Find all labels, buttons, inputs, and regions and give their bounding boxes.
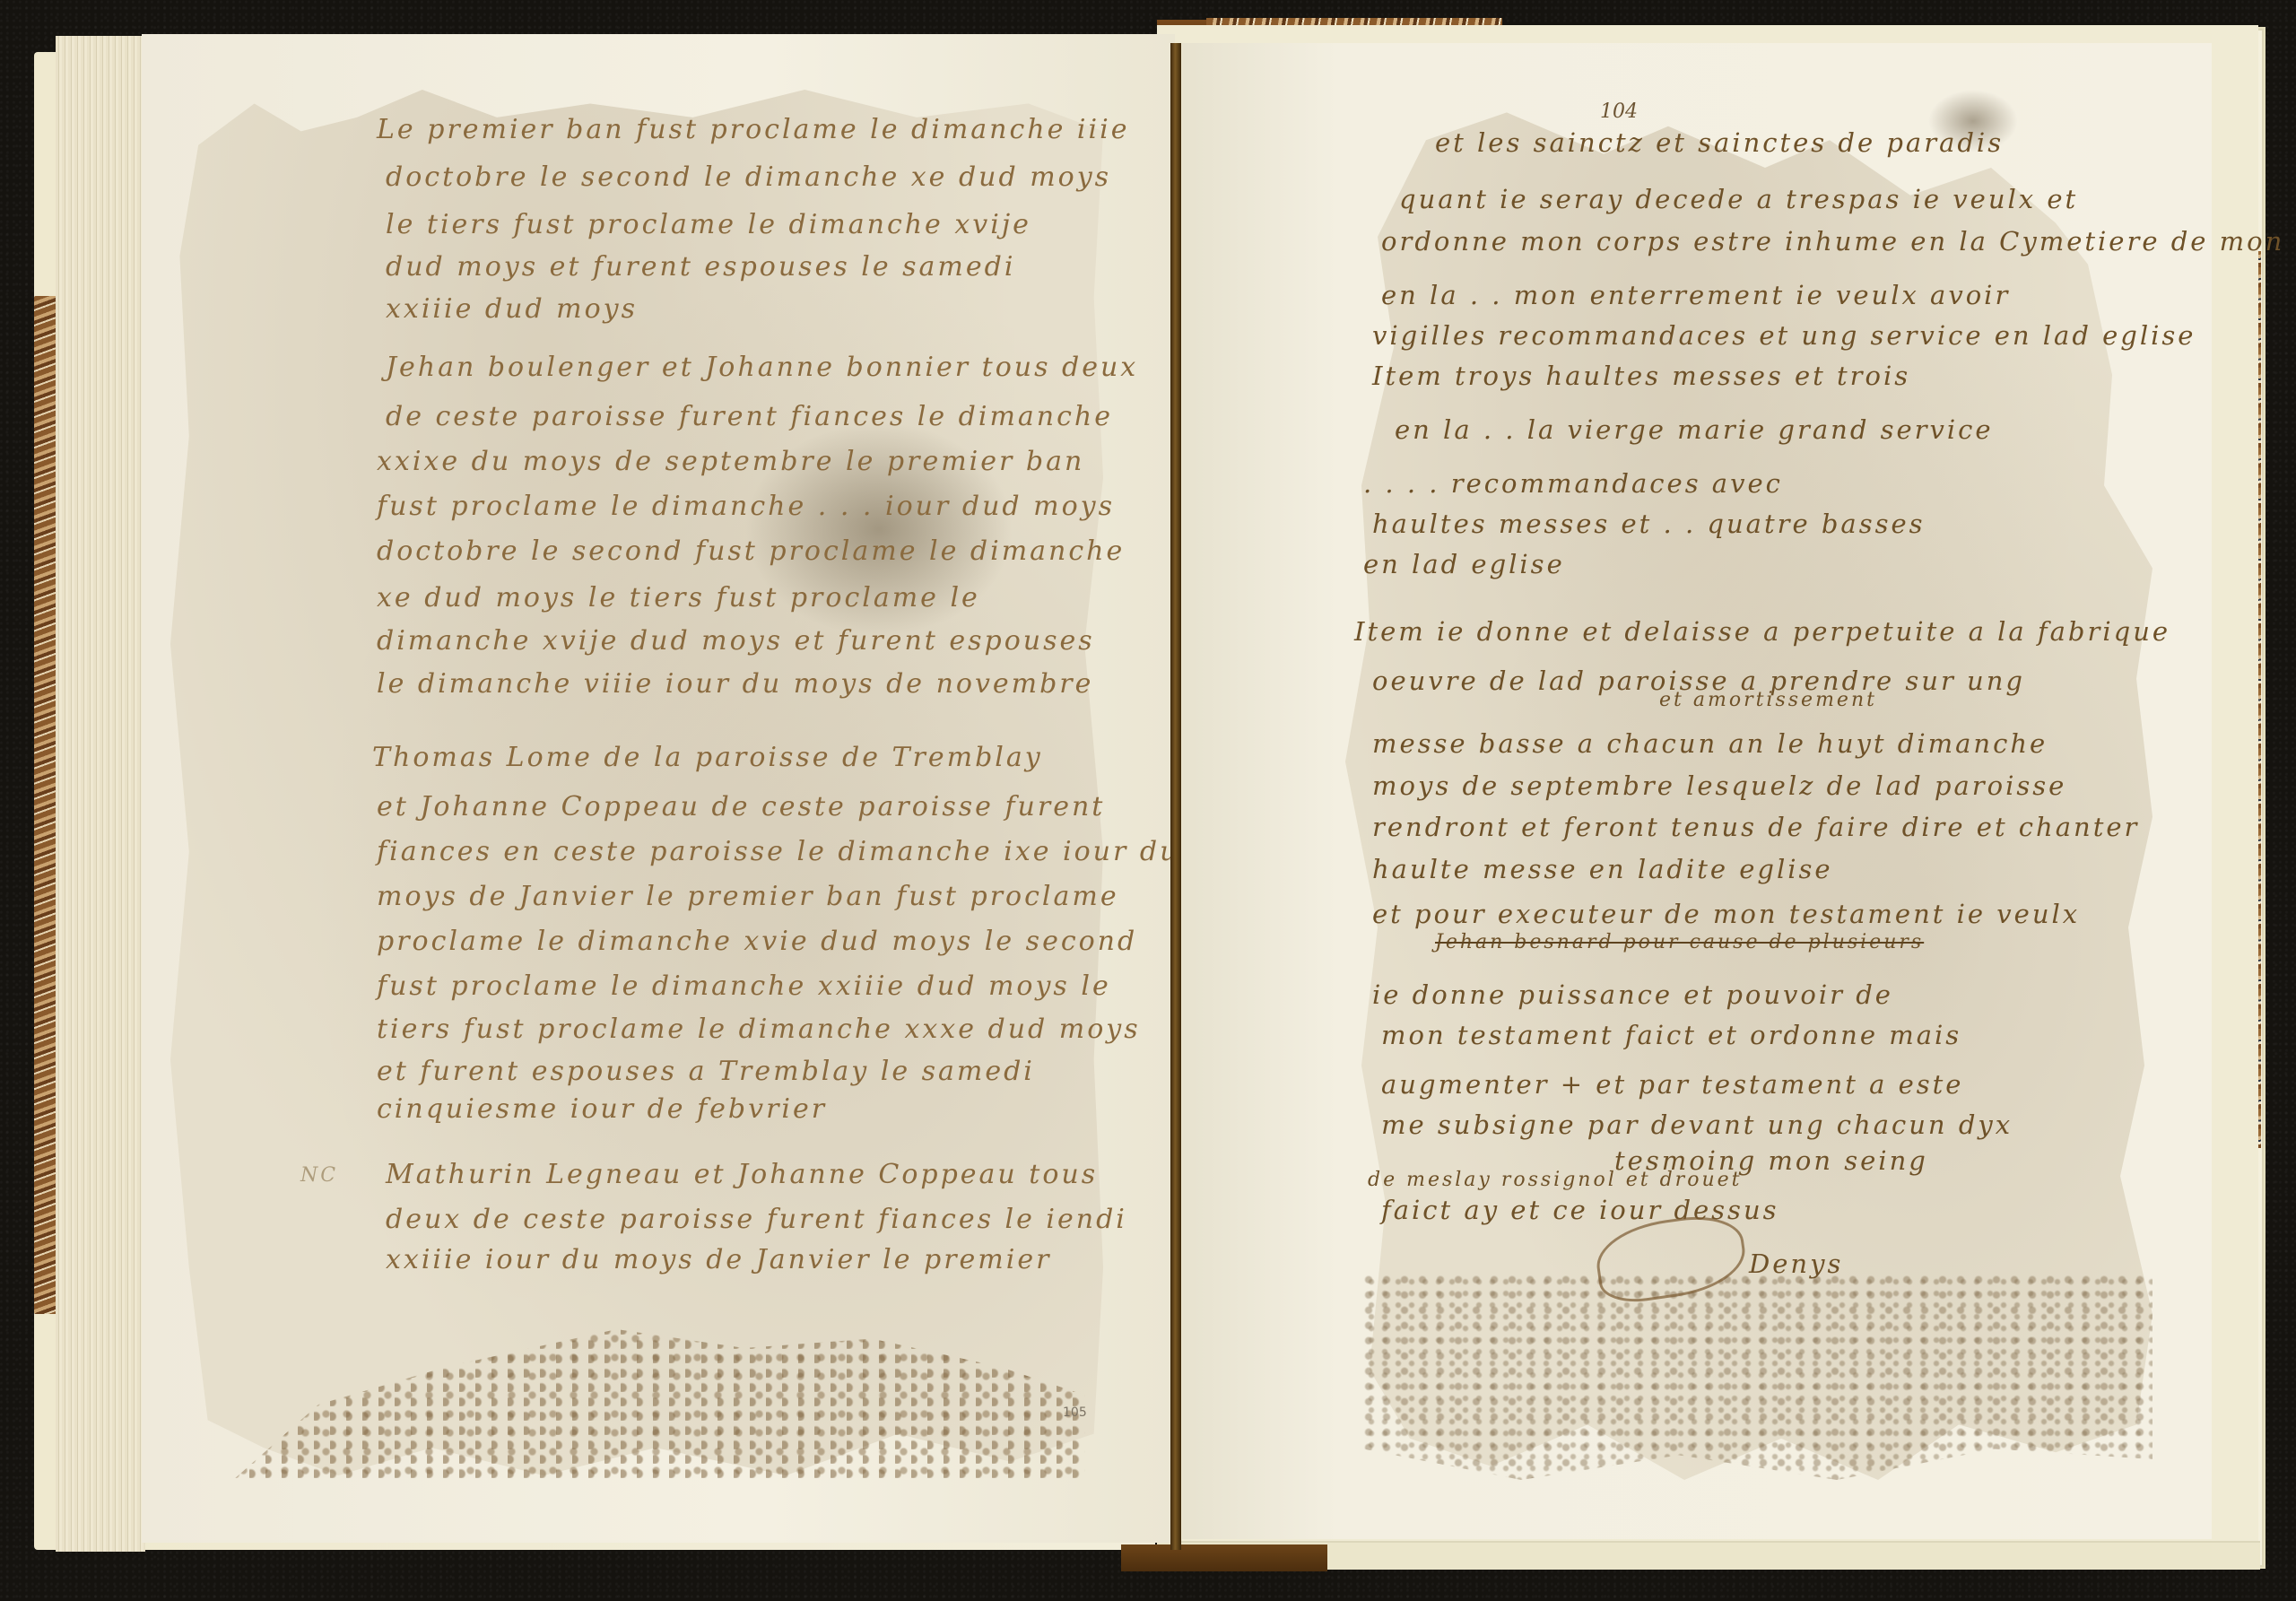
ms-line: dud moys et furent espouses le samedi <box>386 254 1015 281</box>
ms-line: ordonne mon corps estre inhume en la Cym… <box>1381 229 2296 255</box>
ms-line: et pour executeur de mon testament ie ve… <box>1372 901 2080 927</box>
open-book: Le premier ban fust proclame le dimanche… <box>0 0 2296 1601</box>
signature: Denys <box>1749 1251 1843 1277</box>
ms-line: et furent espouses a Tremblay le samedi <box>377 1058 1035 1085</box>
ms-line: ie donne puissance et pouvoir de <box>1372 982 1893 1008</box>
ms-line: en la . . la vierge marie grand service <box>1395 417 1994 443</box>
ms-line: haultes messes et . . quatre basses <box>1372 511 1926 537</box>
book-gutter <box>1170 43 1181 1550</box>
ms-line: Item ie donne et delaisse a perpetuite a… <box>1354 619 2170 645</box>
ms-line: cinquiesme iour de febvrier <box>377 1096 827 1123</box>
ms-line: moys de septembre lesquelz de lad parois… <box>1372 773 2066 799</box>
ms-line: rendront et feront tenus de faire dire e… <box>1372 814 2139 840</box>
folio-number: 104 <box>1600 100 1638 123</box>
ms-line: dimanche xvije dud moys et furent espous… <box>377 628 1095 655</box>
ms-line: le dimanche viiie iour du moys de novemb… <box>377 671 1093 698</box>
ms-line: deux de ceste paroisse furent fiances le… <box>386 1206 1127 1233</box>
ms-line: quant ie seray decede a trespas ie veulx… <box>1399 187 2078 213</box>
ms-line: en la . . mon enterrement ie veulx avoir <box>1381 283 2010 309</box>
ms-struck-line: Jehan besnard pour cause de plusieurs <box>1435 933 1924 953</box>
ms-line: Mathurin Legneau et Johanne Coppeau tous <box>386 1162 1098 1188</box>
ms-line: doctobre le second le dimanche xe dud mo… <box>386 164 1111 191</box>
ms-line: fust proclame le dimanche . . . iour dud… <box>377 493 1115 520</box>
ms-line: proclame le dimanche xvie dud moys le se… <box>377 928 1137 955</box>
ms-line: Jehan boulenger et Johanne bonnier tous … <box>386 354 1138 381</box>
ms-line: Le premier ban fust proclame le dimanche… <box>377 117 1129 144</box>
left-marbled-edge <box>34 296 57 1314</box>
ms-line: fust proclame le dimanche xxiiie dud moy… <box>377 973 1111 1000</box>
ms-line: me subsigne par devant ung chacun dyx <box>1381 1112 2013 1138</box>
ms-line: augmenter + et par testament a este <box>1381 1072 1963 1098</box>
ms-line: messe basse a chacun an le huyt dimanche <box>1372 731 2048 757</box>
ms-line: tiers fust proclame le dimanche xxxe dud… <box>377 1016 1141 1043</box>
ms-line: mon testament faict et ordonne mais <box>1381 1022 1961 1048</box>
ms-line: vigilles recommandaces et ung service en… <box>1372 323 2196 349</box>
ms-line: le tiers fust proclame le dimanche xvije <box>386 212 1031 239</box>
ms-line: xxiiie dud moys <box>386 296 638 323</box>
ms-line: xe dud moys le tiers fust proclame le <box>377 585 980 612</box>
margin-mark: NC <box>300 1166 338 1186</box>
ms-line: moys de Janvier le premier ban fust proc… <box>377 883 1119 910</box>
page-block-edges <box>56 36 145 1552</box>
ms-line: xxixe du moys de septembre le premier ba… <box>377 448 1084 475</box>
ms-line: de ceste paroisse furent fiances le dima… <box>386 404 1113 431</box>
ms-line: Thomas Lome de la paroisse de Tremblay <box>372 744 1043 771</box>
ms-line: et les sainctz et sainctes de paradis <box>1435 130 2004 156</box>
spine-bottom <box>1121 1544 1327 1571</box>
pencil-folio-number: 105 <box>1063 1405 1087 1420</box>
ms-interlinear: et amortissement <box>1659 691 1877 710</box>
ms-line: et Johanne Coppeau de ceste paroisse fur… <box>377 794 1105 821</box>
ms-witnesses: de meslay rossignol et drouet <box>1368 1170 1742 1190</box>
ms-line: Item troys haultes messes et trois <box>1372 363 1910 389</box>
ms-line: xxiiie iour du moys de Janvier le premie… <box>386 1247 1051 1274</box>
foxing-stain-bottom-right <box>1363 1274 2152 1480</box>
ms-line: doctobre le second fust proclame le dima… <box>377 538 1125 565</box>
ms-line: en lad eglise <box>1363 552 1565 578</box>
ms-line: fiances en ceste paroisse le dimanche ix… <box>377 839 1179 866</box>
ms-line: . . . . recommandaces avec <box>1363 471 1783 497</box>
ms-line: haulte messe en ladite eglise <box>1372 857 1833 883</box>
